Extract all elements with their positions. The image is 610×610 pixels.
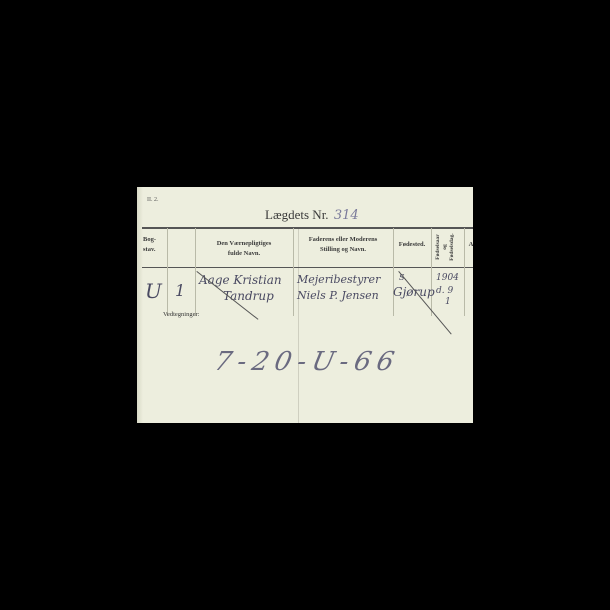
- title-label: Lægdets Nr.: [265, 207, 329, 222]
- header-text: stav.: [143, 245, 167, 255]
- header-text: Fødselsaar: [435, 229, 442, 265]
- title-number: 314: [334, 208, 359, 223]
- column-header-birthplace: Fødested.: [393, 240, 431, 250]
- entry-parent-line2: Niels P. Jensen: [297, 289, 379, 302]
- entry-birth-day: d. 9: [436, 286, 453, 296]
- corner-reference: II. 2.: [147, 197, 159, 203]
- column-divider: [464, 228, 465, 316]
- notes-label: Vedtegninger:: [163, 311, 199, 318]
- page-title: Lægdets Nr. 314: [265, 207, 359, 223]
- column-header-partial: A: [466, 240, 473, 250]
- header-text: og: [442, 229, 449, 265]
- column-header-parent: Faderens eller Moderens Stilling og Navn…: [293, 235, 393, 255]
- header-text: Den Værnepligtiges: [195, 239, 293, 249]
- header-text: Fødested.: [393, 240, 431, 250]
- pencil-annotation: 7-20-U-66: [212, 347, 403, 377]
- entry-parent-line1: Mejeribestyrer: [297, 273, 380, 286]
- column-header-letter: Bog- stav.: [143, 235, 167, 255]
- header-text: Faderens eller Moderens: [293, 235, 393, 245]
- column-header-name: Den Værnepligtiges fulde Navn.: [195, 239, 293, 259]
- entry-number: 1: [175, 281, 185, 300]
- header-text: A: [466, 240, 473, 250]
- entry-name-line1: Aage Kristian: [199, 273, 282, 287]
- entry-name-line2: Tandrup: [223, 289, 274, 303]
- column-divider: [167, 228, 168, 316]
- header-text: Bog-: [143, 235, 167, 245]
- header-text: fulde Navn.: [195, 249, 293, 259]
- header-rule-top: [142, 227, 473, 229]
- entry-birth-year: 1904: [436, 273, 459, 283]
- column-divider: [431, 228, 432, 316]
- header-text: Stilling og Navn.: [293, 245, 393, 255]
- header-text: Fødselsdag.: [449, 229, 456, 265]
- column-header-birthdate: Fødselsaar og Fødselsdag.: [435, 229, 456, 265]
- entry-birth-month: 1: [445, 297, 451, 307]
- entry-birthplace: Gjørup: [393, 285, 435, 299]
- entry-letter: U: [145, 279, 162, 303]
- page-fold-line: [298, 227, 299, 423]
- header-rule-bottom: [142, 267, 473, 268]
- document-page: II. 2. Lægdets Nr. 314 Bog- stav. Den Væ…: [137, 187, 473, 423]
